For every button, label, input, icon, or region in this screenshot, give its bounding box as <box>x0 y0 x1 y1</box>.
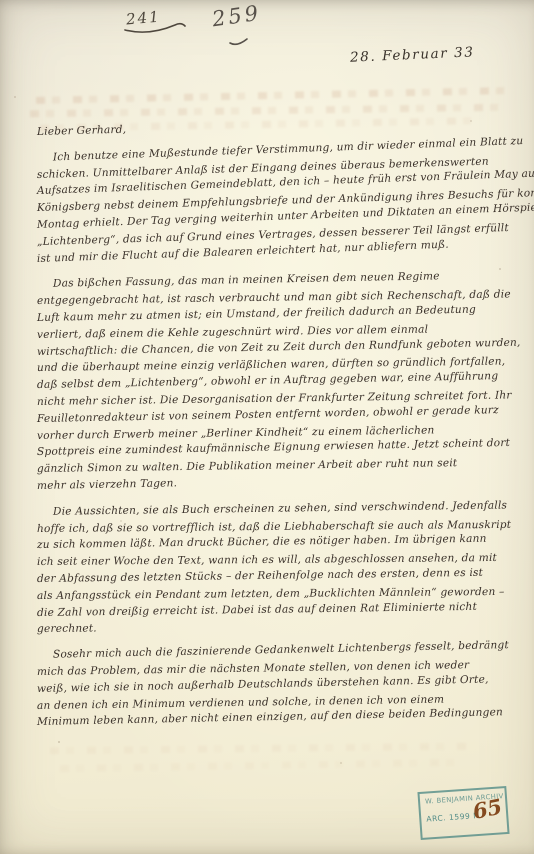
stamp-number: 65 <box>470 794 503 824</box>
letter-body: Lieber Gerhard, Ich benutze eine Mußestu… <box>37 124 523 740</box>
bleed-through-smudge <box>60 759 460 772</box>
paragraph-1: Ich benutze eine Mußestunde tiefer Verst… <box>37 150 523 268</box>
paragraph-3: Die Aussichten, sie als Buch erscheinen … <box>37 504 523 638</box>
page-number-right: 259 <box>211 1 263 32</box>
paragraph-4: Sosehr mich auch die faszinierende Gedan… <box>37 647 523 731</box>
date-annotation: 28. Februar 33 <box>350 44 475 65</box>
bleed-through-smudge <box>36 87 506 104</box>
letter-page: 241 259 28. Februar 33 Lieber Gerhard, I… <box>0 0 534 854</box>
paper-specks <box>0 0 2 2</box>
archive-stamp: W. BENJAMIN ARCHIV ARC. 1599 I. 65 <box>417 786 509 840</box>
check-flourish <box>227 34 253 48</box>
paragraph-2: Das bißchen Fassung, das man in meinen K… <box>37 276 523 494</box>
handwritten-line: gerechnet. <box>37 617 523 638</box>
bleed-through-smudge <box>50 743 470 754</box>
underline-flourish <box>121 19 191 37</box>
